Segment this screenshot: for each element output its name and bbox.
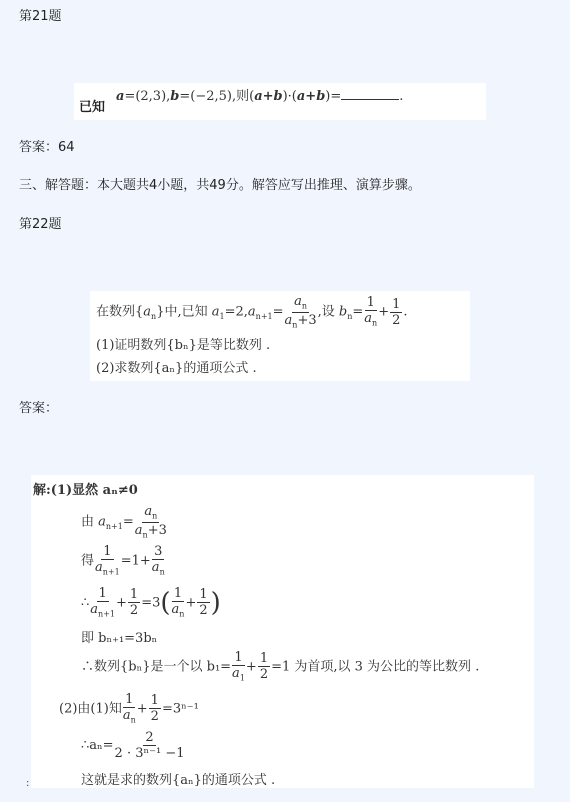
solution-line-8: ∴aₙ=22 · 3ⁿ⁻¹ −1 xyxy=(81,731,185,760)
stray-mark: : xyxy=(26,776,29,792)
solution-image: 解:(1)显然 aₙ≠0 由 an+1=anan+3 得1an+1=1+3an … xyxy=(31,475,534,788)
solution-line-1: 解:(1)显然 aₙ≠0 xyxy=(33,479,138,498)
question-22-line-2: (1)证明数列{bₙ}是等比数列 . xyxy=(96,334,270,353)
solution-line-9: 这就是求的数列{aₙ}的通项公式 . xyxy=(81,769,275,788)
question-21-title: 第21题 xyxy=(19,9,62,25)
solution-line-3: 得1an+1=1+3an xyxy=(81,545,166,577)
solution-line-4: ∴1an+1+12=3(1an+12) xyxy=(81,587,221,619)
question-21-statement: a=(2,3),b=(−2,5),则(a+b)·(a+b)=. xyxy=(116,85,403,104)
question-22-line-3: (2)求数列{aₙ}的通项公式 . xyxy=(96,357,257,376)
question-21-answer: 答案：64 xyxy=(19,140,75,156)
solution-line-7: (2)由(1)知1an+12=3ⁿ⁻¹ xyxy=(59,693,199,725)
solution-line-5: 即 bₙ₊₁=3bₙ xyxy=(81,627,157,646)
question-22-answer-label: 答案： xyxy=(19,401,58,417)
question-22-line-1: 在数列{an}中,已知 a1=2,an+1=anan+3,设 bn=1an+12… xyxy=(96,295,408,329)
solution-line-2: 由 an+1=anan+3 xyxy=(81,505,168,539)
solution-line-6: ∴数列{bₙ}是一个以 b₁=1a1+12=1 为首项,以 3 为公比的等比数列… xyxy=(81,651,479,683)
question-22-image: 在数列{an}中,已知 a1=2,an+1=anan+3,设 bn=1an+12… xyxy=(90,291,470,381)
question-22-title: 第22题 xyxy=(19,217,62,233)
question-21-prefix: 已知 xyxy=(79,96,105,115)
answer-blank xyxy=(341,87,399,100)
section-3-heading: 三、解答题：本大题共4小题，共49分。解答应写出推理、演算步骤。 xyxy=(19,178,421,194)
question-21-image: 已知 a=(2,3),b=(−2,5),则(a+b)·(a+b)=. xyxy=(74,83,486,120)
